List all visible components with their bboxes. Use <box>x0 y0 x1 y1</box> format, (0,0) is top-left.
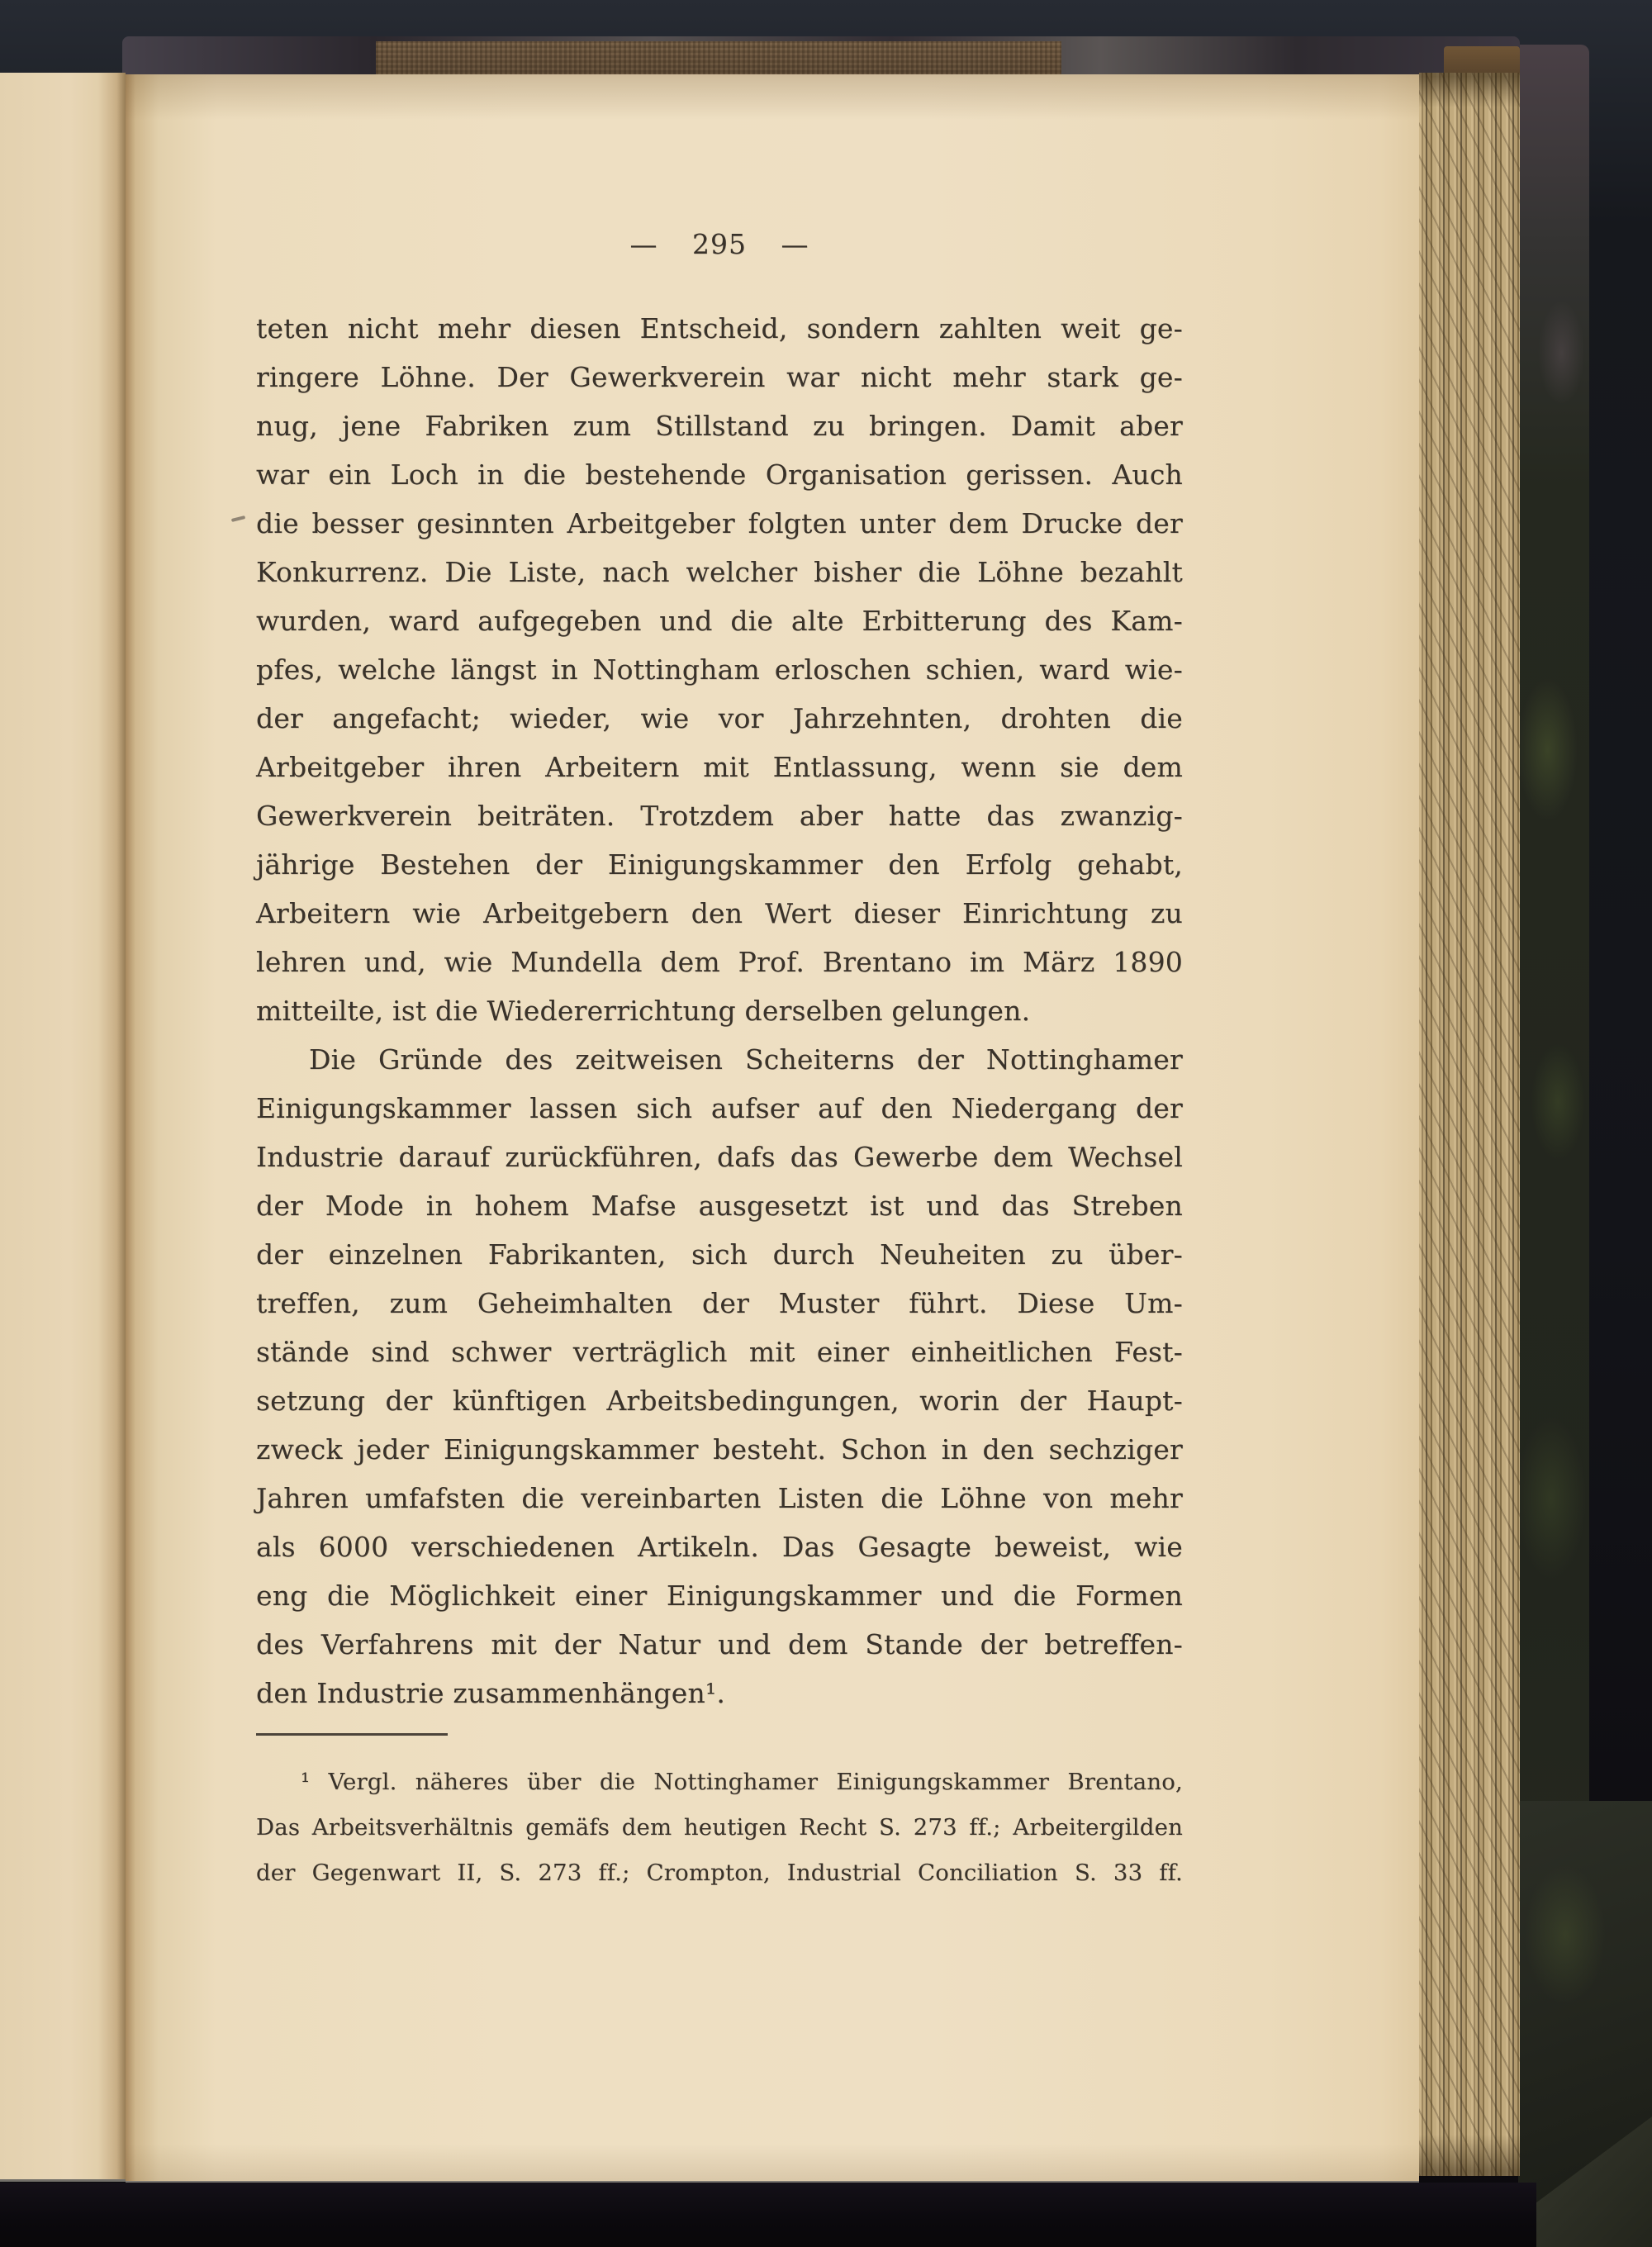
footnote-line: der Gegenwart II, S. 273 ff.; Crompton, … <box>256 1850 1183 1896</box>
footnote-line: ¹ Vergl. näheres über die Nottinghamer E… <box>256 1760 1183 1805</box>
page-number: — 295 — <box>256 228 1183 260</box>
text-line: Jahren umfafsten die vereinbarten Listen… <box>256 1474 1183 1523</box>
body-text: teten nicht mehr diesen Entscheid, sonde… <box>256 304 1183 1717</box>
book-headcloth <box>376 41 1061 78</box>
text-line: war ein Loch in die bestehende Organisat… <box>256 450 1183 499</box>
book-scan: — 295 — teten nicht mehr diesen Entschei… <box>0 0 1652 2247</box>
text-line: jährige Bestehen der Einigungskammer den… <box>256 840 1183 889</box>
text-line: Arbeitgeber ihren Arbeitern mit Entlassu… <box>256 743 1183 791</box>
text-line: eng die Möglichkeit einer Einigungskamme… <box>256 1571 1183 1620</box>
text-line: nug, jene Fabriken zum Stillstand zu bri… <box>256 401 1183 450</box>
text-line: treffen, zum Geheimhalten der Muster füh… <box>256 1279 1183 1328</box>
text-line: der angefacht; wieder, wie vor Jahrzehnt… <box>256 694 1183 743</box>
text-line: Konkurrenz. Die Liste, nach welcher bish… <box>256 548 1183 596</box>
scan-background-bottom <box>0 2183 1536 2247</box>
text-line: Einigungskammer lassen sich aufser auf d… <box>256 1084 1183 1133</box>
footnote-separator <box>256 1733 448 1736</box>
text-line: Gewerkverein beiträten. Trotzdem aber ha… <box>256 791 1183 840</box>
text-line: Arbeitern wie Arbeitgebern den Wert dies… <box>256 889 1183 938</box>
text-line: die besser gesinnten Arbeitgeber folgten… <box>256 499 1183 548</box>
text-line: ringere Löhne. Der Gewerkverein war nich… <box>256 353 1183 401</box>
previous-page-edge <box>0 73 126 2179</box>
book-page: — 295 — teten nicht mehr diesen Entschei… <box>126 74 1419 2181</box>
text-line: den Industrie zusammenhängen¹. <box>256 1669 1183 1717</box>
text-line: des Verfahrens mit der Natur und dem Sta… <box>256 1620 1183 1669</box>
footnote-line: Das Arbeitsverhältnis gemäfs dem heutige… <box>256 1805 1183 1850</box>
footnote: ¹ Vergl. näheres über die Nottinghamer E… <box>256 1760 1183 1896</box>
text-line: als 6000 verschiedenen Artikeln. Das Ges… <box>256 1523 1183 1571</box>
page-fore-edges <box>1419 73 1520 2176</box>
text-line: Industrie darauf zurückführen, dafs das … <box>256 1133 1183 1181</box>
text-line: mitteilte, ist die Wiedererrichtung ders… <box>256 986 1183 1035</box>
text-line: teten nicht mehr diesen Entscheid, sonde… <box>256 304 1183 353</box>
text-line: der Mode in hohem Mafse ausgesetzt ist u… <box>256 1181 1183 1230</box>
text-line: pfes, welche längst in Nottingham erlosc… <box>256 645 1183 694</box>
text-line: setzung der künftigen Arbeitsbedingungen… <box>256 1376 1183 1425</box>
text-line: Die Gründe des zeitweisen Scheiterns der… <box>256 1035 1183 1084</box>
text-line: wurden, ward aufgegeben und die alte Erb… <box>256 596 1183 645</box>
text-line: lehren und, wie Mundella dem Prof. Brent… <box>256 938 1183 986</box>
margin-mark <box>231 515 245 522</box>
text-line: der einzelnen Fabrikanten, sich durch Ne… <box>256 1230 1183 1279</box>
text-line: zweck jeder Einigungskammer besteht. Sch… <box>256 1425 1183 1474</box>
text-line: stände sind schwer verträglich mit einer… <box>256 1328 1183 1376</box>
